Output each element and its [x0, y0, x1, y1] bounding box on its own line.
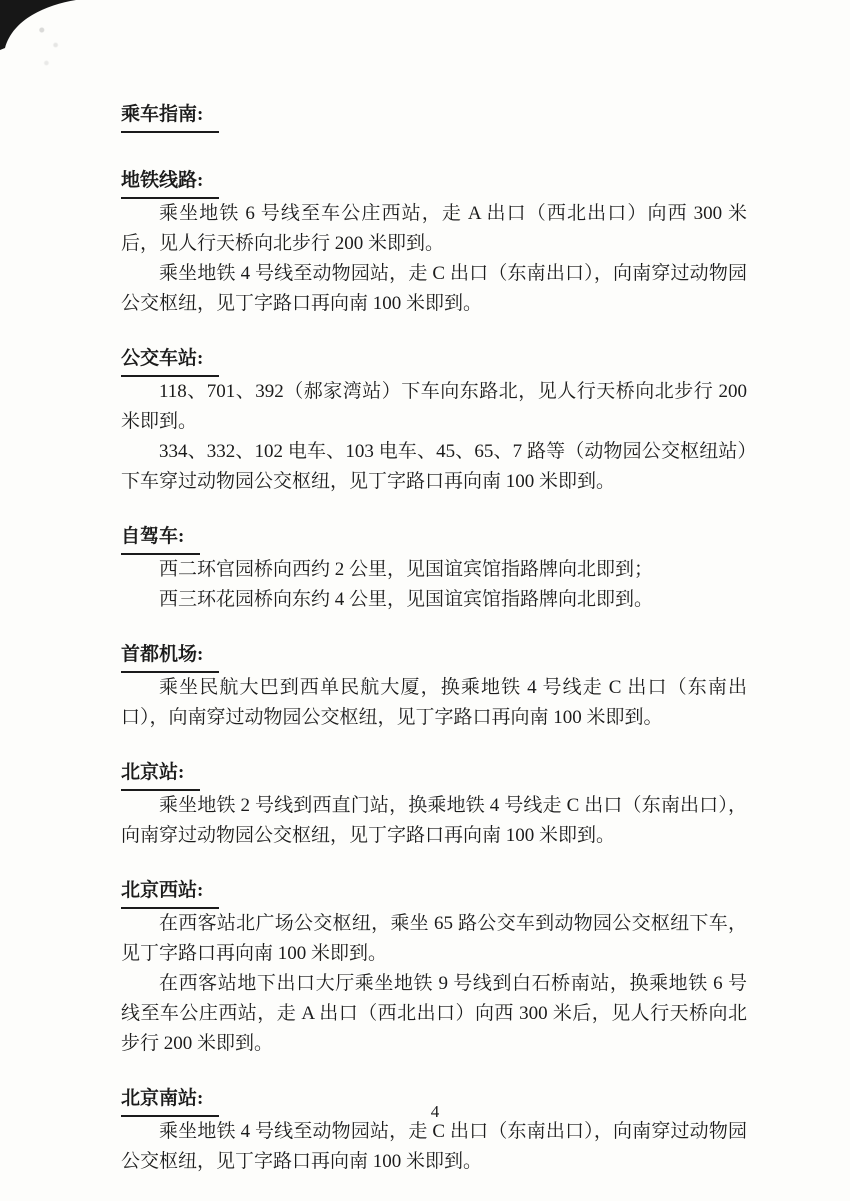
paragraph: 乘坐地铁 2 号线到西直门站，换乘地铁 4 号线走 C 出口（东南出口），向南穿… [121, 791, 747, 851]
section-heading-text: 北京西站: [121, 876, 219, 909]
paragraph: 乘坐地铁 4 号线至动物园站，走 C 出口（东南出口），向南穿过动物园公交枢纽，… [121, 1117, 747, 1177]
scan-noise-speckles [28, 18, 74, 78]
section-beijing-station: 北京站: 乘坐地铁 2 号线到西直门站，换乘地铁 4 号线走 C 出口（东南出口… [121, 758, 747, 851]
paragraph: 在西客站北广场公交枢纽，乘坐 65 路公交车到动物园公交枢纽下车，见丁字路口再向… [121, 909, 747, 969]
document-title: 乘车指南: [121, 100, 747, 133]
section-subway-lines: 地铁线路: 乘坐地铁 6 号线至车公庄西站，走 A 出口（西北出口）向西 300… [121, 166, 747, 319]
section-heading: 自驾车: [121, 522, 747, 555]
section-bus-stops: 公交车站: 118、701、392（郝家湾站）下车向东路北，见人行天桥向北步行 … [121, 344, 747, 497]
section-heading: 北京西站: [121, 876, 747, 909]
document-title-text: 乘车指南: [121, 100, 219, 133]
section-heading: 地铁线路: [121, 166, 747, 199]
paragraph: 乘坐地铁 6 号线至车公庄西站，走 A 出口（西北出口）向西 300 米后，见人… [121, 199, 747, 259]
section-heading-text: 首都机场: [121, 640, 219, 673]
section-heading: 首都机场: [121, 640, 747, 673]
section-heading-text: 地铁线路: [121, 166, 219, 199]
section-beijing-south-station: 北京南站: 乘坐地铁 4 号线至动物园站，走 C 出口（东南出口），向南穿过动物… [121, 1084, 747, 1177]
section-capital-airport: 首都机场: 乘坐民航大巴到西单民航大厦，换乘地铁 4 号线走 C 出口（东南出口… [121, 640, 747, 733]
section-heading: 公交车站: [121, 344, 747, 377]
section-heading: 北京站: [121, 758, 747, 791]
scanned-document-page: 乘车指南: 地铁线路: 乘坐地铁 6 号线至车公庄西站，走 A 出口（西北出口）… [0, 0, 850, 1201]
section-beijing-west-station: 北京西站: 在西客站北广场公交枢纽，乘坐 65 路公交车到动物园公交枢纽下车，见… [121, 876, 747, 1059]
scan-corner-artifact [0, 0, 80, 52]
document-body: 乘车指南: 地铁线路: 乘坐地铁 6 号线至车公庄西站，走 A 出口（西北出口）… [121, 100, 747, 1177]
paragraph: 334、332、102 电车、103 电车、45、65、7 路等（动物园公交枢纽… [121, 437, 747, 497]
paragraph: 西二环官园桥向西约 2 公里，见国谊宾馆指路牌向北即到； [121, 555, 747, 585]
paragraph: 乘坐地铁 4 号线至动物园站，走 C 出口（东南出口），向南穿过动物园公交枢纽，… [121, 259, 747, 319]
paragraph: 西三环花园桥向东约 4 公里，见国谊宾馆指路牌向北即到。 [121, 585, 747, 615]
section-self-driving: 自驾车: 西二环官园桥向西约 2 公里，见国谊宾馆指路牌向北即到； 西三环花园桥… [121, 522, 747, 615]
paragraph: 118、701、392（郝家湾站）下车向东路北，见人行天桥向北步行 200 米即… [121, 377, 747, 437]
section-heading-text: 自驾车: [121, 522, 200, 555]
section-heading-text: 公交车站: [121, 344, 219, 377]
paragraph: 在西客站地下出口大厅乘坐地铁 9 号线到白石桥南站，换乘地铁 6 号线至车公庄西… [121, 969, 747, 1059]
page-number: 4 [0, 1100, 850, 1124]
section-heading-text: 北京站: [121, 758, 200, 791]
paragraph: 乘坐民航大巴到西单民航大厦，换乘地铁 4 号线走 C 出口（东南出口），向南穿过… [121, 673, 747, 733]
